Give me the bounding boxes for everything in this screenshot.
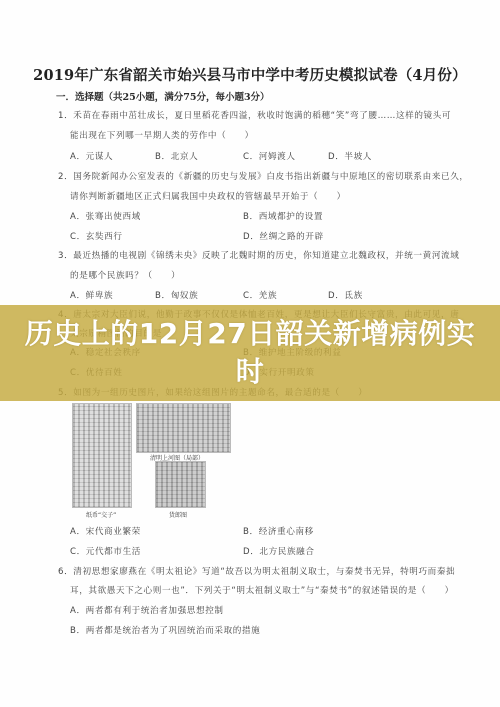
jiaozi-paper-money-image xyxy=(72,403,132,508)
peddler-painting-image xyxy=(155,461,206,508)
question-2-option-a: A．张骞出使西域 xyxy=(70,210,141,222)
exam-title: 2019年广东省韶关市始兴县马市中学中考历史模拟试卷（4月份） xyxy=(0,64,500,85)
question-6-line-1: 6．清初思想家廖燕在《明太祖论》写道“故吾以为明太祖制义取士，与秦焚书无异，特明… xyxy=(58,565,455,577)
peddler-caption: 货郎图 xyxy=(169,510,187,519)
question-6-option-b: B．两者都是统治者为了巩固统治而采取的措施 xyxy=(70,624,260,636)
question-2-line-2: 请你判断新疆地区正式归属我国中央政权的管辖最早开始于（ ） xyxy=(70,190,346,202)
qingming-painting-image xyxy=(136,403,231,453)
headline-title: 历史上的12月27日韶关新增病例实时 xyxy=(20,315,480,391)
question-1-option-c: C．河姆渡人 xyxy=(243,150,296,162)
question-1-option-a: A．元谋人 xyxy=(70,150,113,162)
question-2-option-d: D．丝绸之路的开辟 xyxy=(243,230,324,242)
question-3-option-b: B．匈奴族 xyxy=(155,289,198,301)
question-3-option-c: C．羌族 xyxy=(243,289,277,301)
question-6-line-2: 耳，其欲愚天下之心则一也”．下列关于“明太祖制义取士”与“秦焚书”的叙述错误的是… xyxy=(70,584,454,596)
question-3-line-2: 的是哪个民族吗？（ ） xyxy=(70,269,180,281)
question-5-option-c: C．元代都市生活 xyxy=(70,545,141,557)
section-heading: 一．选择题（共25小题，满分75分，每小题3分） xyxy=(56,89,270,103)
question-5-option-b: B．经济重心南移 xyxy=(243,525,314,537)
question-1-option-d: D．半坡人 xyxy=(328,150,372,162)
question-2-line-1: 2．国务院新闻办公室发表的《新疆的历史与发展》白皮书指出新疆与中原地区的密切联系… xyxy=(58,170,469,182)
question-3-line-1: 3．最近热播的电视剧《锦绣未央》反映了北魏时期的历史，你知道建立北魏政权，并统一… xyxy=(58,249,459,261)
question-2-option-b: B．西域都护的设置 xyxy=(243,210,323,222)
question-5-option-a: A．宋代商业繁荣 xyxy=(70,525,141,537)
question-1-line-2: 能出现在下列哪一早期人类的劳作中（ ） xyxy=(70,129,254,141)
question-3-option-a: A．鲜卑族 xyxy=(70,289,113,301)
question-1-option-b: B．北京人 xyxy=(155,150,198,162)
jiaozi-caption: 纸币“交子” xyxy=(86,510,116,519)
question-5-option-d: D．北方民族融合 xyxy=(243,545,315,557)
question-2-option-c: C．玄奘西行 xyxy=(70,230,123,242)
question-3-option-d: D．氐族 xyxy=(328,289,363,301)
question-1-line-1: 1．禾苗在春雨中茁壮成长，夏日里稻花香四溢，秋收时饱满的稻穗“笑”弯了腰……这样… xyxy=(58,109,451,121)
question-6-option-a: A．两者都有利于统治者加强思想控制 xyxy=(70,604,224,616)
